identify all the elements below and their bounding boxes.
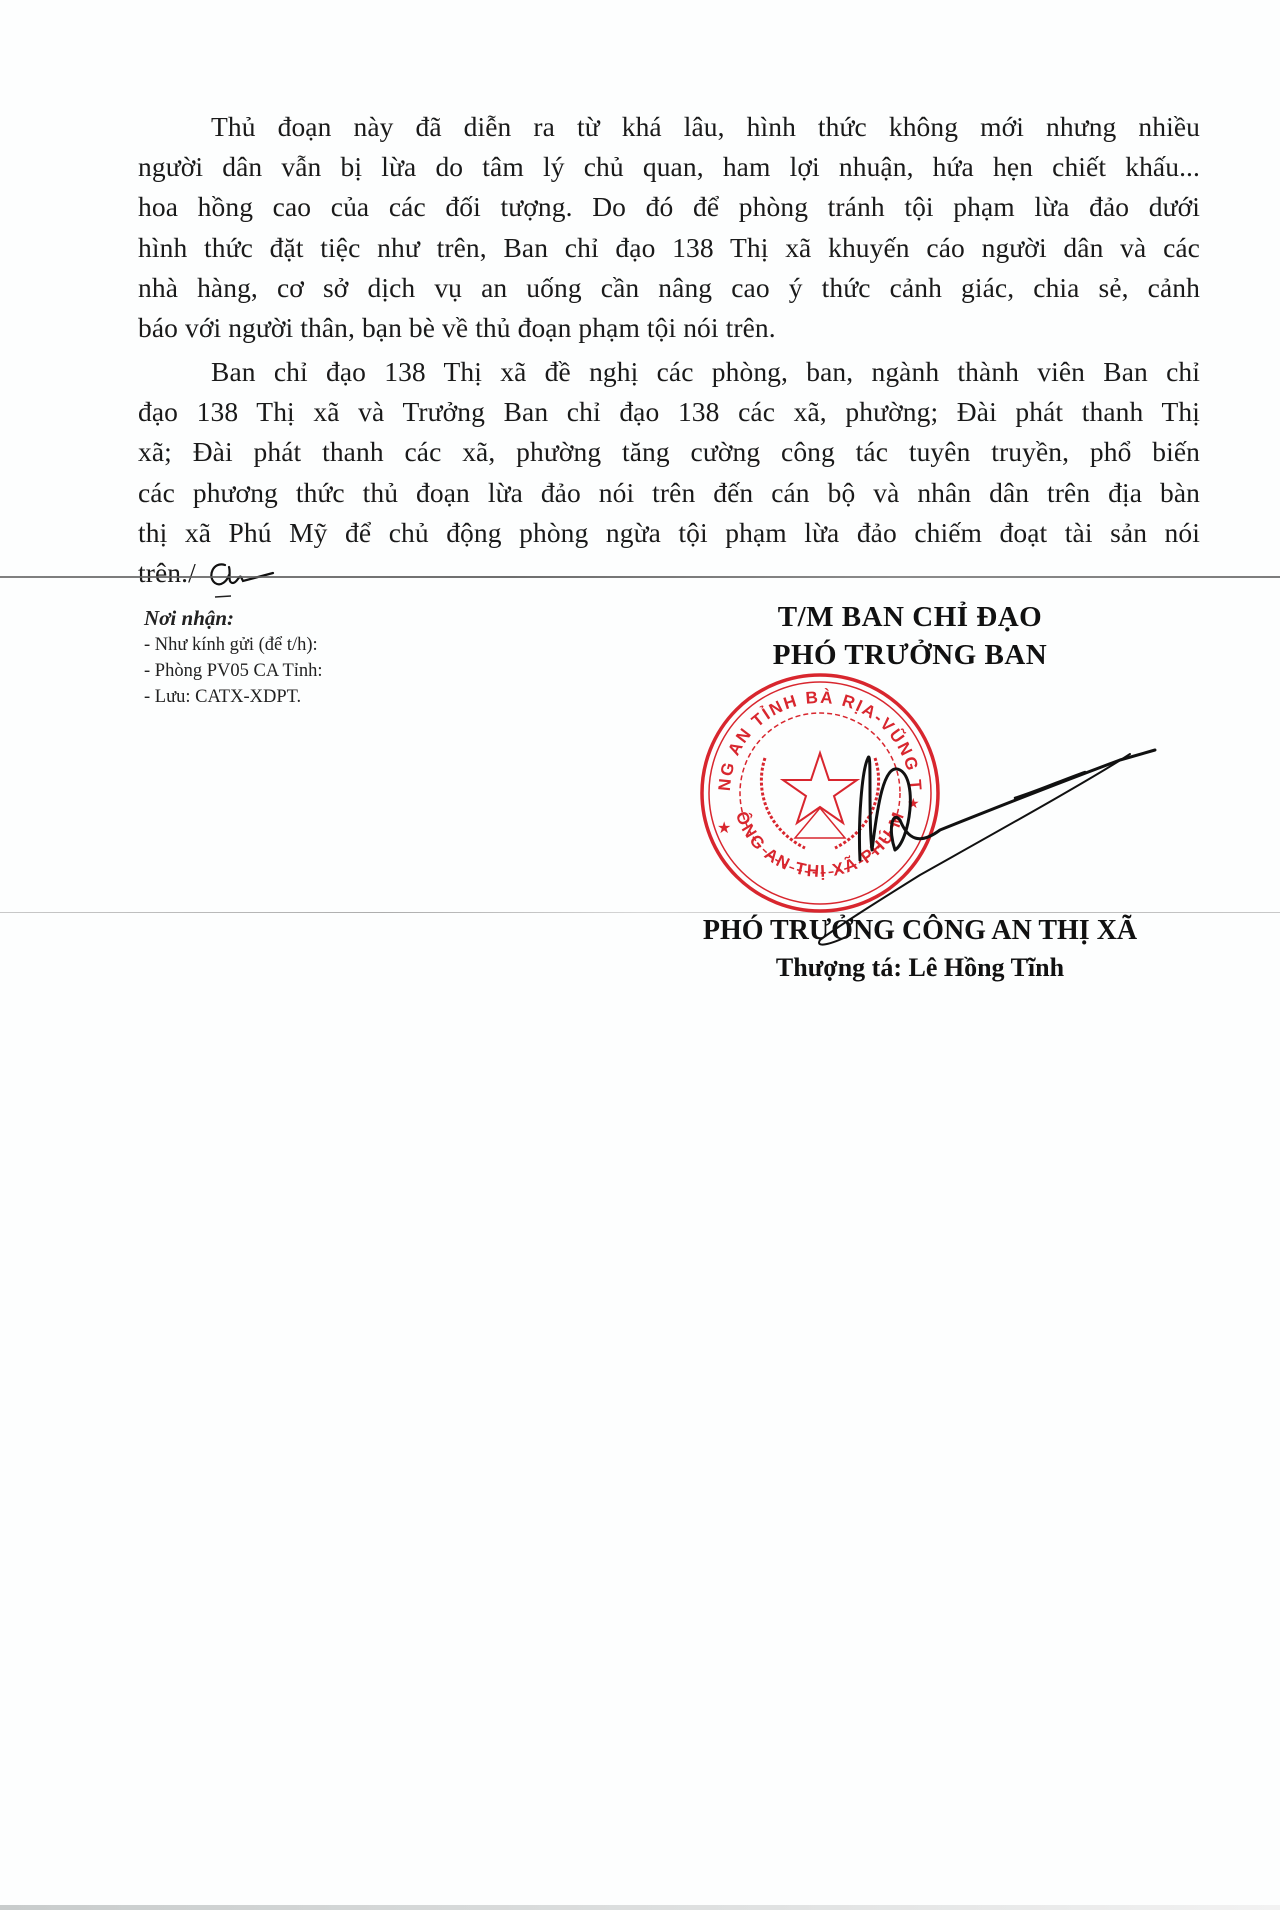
recipient-item: - Phòng PV05 CA Tỉnh: — [144, 658, 323, 684]
recipients-block: Nơi nhận: - Như kính gửi (để t/h): - Phò… — [144, 604, 323, 710]
signatory-name-block: PHÓ TRƯỞNG CÔNG AN THỊ XÃ Thượng tá: Lê … — [640, 912, 1200, 986]
text-line: hình thức đặt tiệc như trên, Ban chỉ đạo… — [138, 228, 1200, 268]
document-page: Thủ đoạn này đã diễn ra từ khá lâu, hình… — [0, 0, 1280, 1910]
signatory-line: T/M BAN CHỈ ĐẠO — [700, 598, 1120, 636]
text-line: thị xã Phú Mỹ để chủ động phòng ngừa tội… — [138, 513, 1200, 553]
page-edge — [0, 1905, 1280, 1910]
text-line: Thủ đoạn này đã diễn ra từ khá lâu, hình… — [138, 107, 1200, 147]
recipient-item: - Lưu: CATX-XDPT. — [144, 684, 323, 710]
svg-text:★: ★ — [717, 820, 731, 837]
text-line: các phương thức thủ đoạn lừa đảo nói trê… — [138, 473, 1200, 513]
text-line: nhà hàng, cơ sở dịch vụ an uống cần nâng… — [138, 268, 1200, 308]
text-line: báo với người thân, bạn bè về thủ đoạn p… — [138, 308, 1200, 348]
paragraph-fraud-warning: Thủ đoạn này đã diễn ra từ khá lâu, hình… — [138, 107, 1200, 348]
signatory-name: Thượng tá: Lê Hồng Tĩnh — [640, 949, 1200, 986]
paragraph-request: Ban chỉ đạo 138 Thị xã đề nghị các phòng… — [138, 352, 1200, 593]
initials-mark — [203, 553, 283, 603]
text-line: Ban chỉ đạo 138 Thị xã đề nghị các phòng… — [138, 352, 1200, 392]
text-line: xã; Đài phát thanh các xã, phường tăng c… — [138, 432, 1200, 472]
signatory-title-block: T/M BAN CHỈ ĐẠO PHÓ TRƯỞNG BAN — [700, 598, 1120, 674]
recipients-title: Nơi nhận: — [144, 604, 323, 632]
text-line: hoa hồng cao của các đối tượng. Do đó để… — [138, 187, 1200, 227]
text-line: người dân vẫn bị lừa do tâm lý chủ quan,… — [138, 147, 1200, 187]
text-line: trên./ — [138, 553, 1200, 593]
text-line: đạo 138 Thị xã và Trưởng Ban chỉ đạo 138… — [138, 392, 1200, 432]
recipient-item: - Như kính gửi (để t/h): — [144, 632, 323, 658]
signatory-position: PHÓ TRƯỞNG CÔNG AN THỊ XÃ — [640, 912, 1200, 949]
fold-line — [0, 576, 1280, 578]
